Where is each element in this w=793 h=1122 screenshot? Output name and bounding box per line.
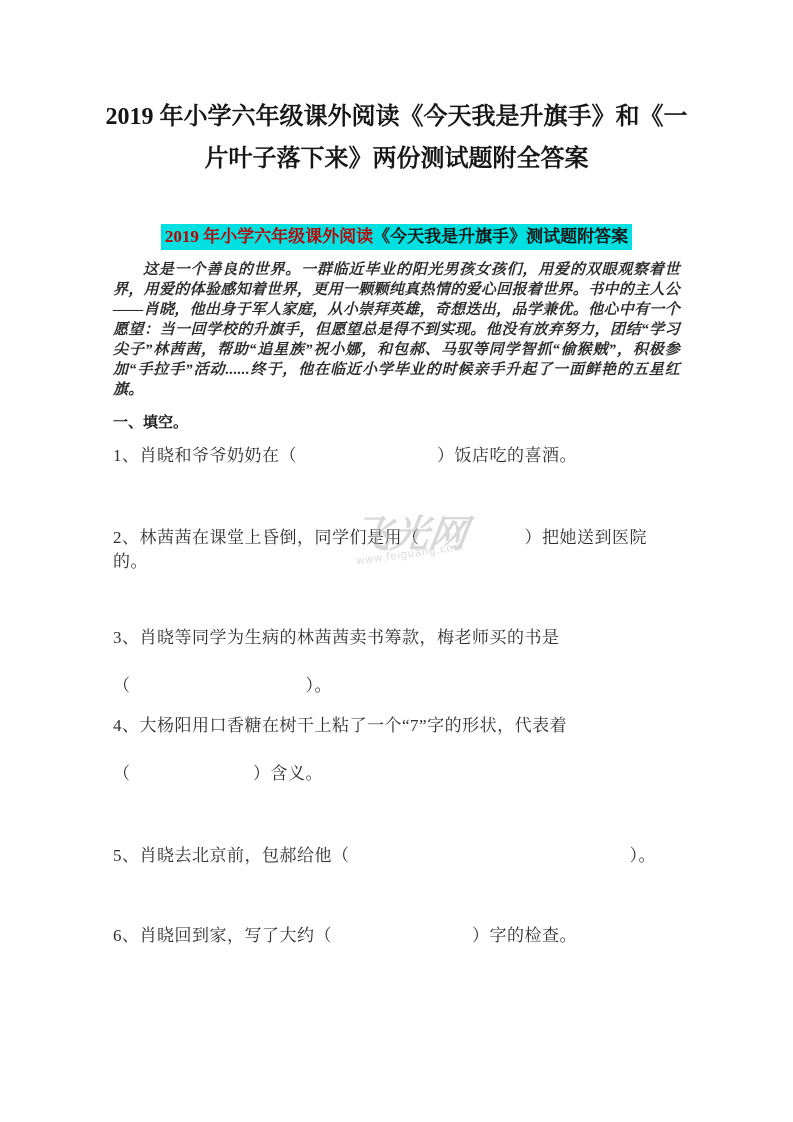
document-body: 2019 年小学六年级课外阅读《今天我是升旗手》测试题附答案 这是一个善良的世界…	[0, 224, 793, 948]
question-4: 4、大杨阳用口香糖在树干上粘了一个“7”字的形状，代表着 （ ）含义。	[113, 714, 680, 786]
page-title: 2019 年小学六年级课外阅读《今天我是升旗手》和《一片叶子落下来》两份测试题附…	[97, 96, 697, 180]
question-6: 6、肖晓回到家，写了大约（ ）字的检查。	[113, 924, 680, 948]
intro-paragraph: 这是一个善良的世界。一群临近毕业的阳光男孩女孩们，用爱的双眼观察着世界，用爱的体…	[113, 260, 680, 400]
question-1-line-1: 1、肖晓和爷爷奶奶在（ ）饭店吃的喜酒。	[113, 444, 680, 468]
question-3: 3、肖晓等同学为生病的林茜茜卖书筹款，梅老师买的书是 （ ）。	[113, 626, 680, 698]
question-4-line-1: 4、大杨阳用口香糖在树干上粘了一个“7”字的形状，代表着	[113, 714, 680, 738]
question-5-line-1: 5、肖晓去北京前，包郝给他（ ）。	[113, 844, 680, 868]
subtitle-red-text: 2019 年小学六年级课外阅读	[165, 227, 373, 246]
section-heading: 一、填空。	[113, 411, 680, 432]
question-5: 5、肖晓去北京前，包郝给他（ ）。	[113, 844, 680, 868]
subtitle-row: 2019 年小学六年级课外阅读《今天我是升旗手》测试题附答案	[113, 224, 680, 250]
document-page: 2019 年小学六年级课外阅读《今天我是升旗手》和《一片叶子落下来》两份测试题附…	[0, 0, 793, 1122]
subtitle-highlight: 2019 年小学六年级课外阅读《今天我是升旗手》测试题附答案	[161, 224, 632, 250]
question-1: 1、肖晓和爷爷奶奶在（ ）饭店吃的喜酒。	[113, 444, 680, 468]
question-3-line-2: （ ）。	[113, 674, 680, 698]
question-3-line-1: 3、肖晓等同学为生病的林茜茜卖书筹款，梅老师买的书是	[113, 626, 680, 650]
question-6-line-1: 6、肖晓回到家，写了大约（ ）字的检查。	[113, 924, 680, 948]
subtitle-black-text: 《今天我是升旗手》测试题附答案	[373, 227, 628, 246]
question-2-line-1: 2、林茜茜在课堂上昏倒，同学们是用（ ）把她送到医院的。	[113, 526, 680, 574]
question-2: 2、林茜茜在课堂上昏倒，同学们是用（ ）把她送到医院的。	[113, 526, 680, 574]
question-4-line-2: （ ）含义。	[113, 762, 680, 786]
